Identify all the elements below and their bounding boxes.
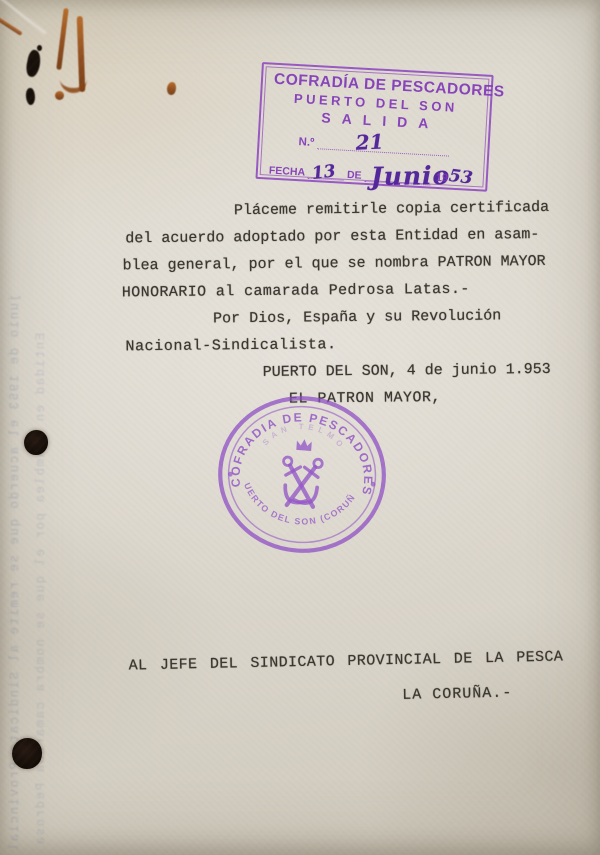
stamp-number-label: N.º <box>298 136 314 149</box>
dotted-leader: 13 <box>308 164 345 181</box>
ink-blot <box>24 49 42 78</box>
handwritten-year: 53 <box>448 166 474 189</box>
registry-stamp-inner-border: COFRADÍA DE PESCADORES PUERTO DEL SON SA… <box>260 66 490 187</box>
letter-body: Pláceme remitirle copia certificada del … <box>119 194 581 415</box>
punch-hole <box>24 430 48 455</box>
ink-blot <box>25 87 36 105</box>
ink-blot <box>37 45 42 51</box>
seal-graphic: COFRADIA DE PESCADORES PUERTO DEL SON (C… <box>203 383 401 568</box>
rust-stain <box>0 16 23 36</box>
official-round-seal: COFRADIA DE PESCADORES PUERTO DEL SON (C… <box>203 383 401 568</box>
recipient-city: LA CORUÑA.- <box>129 679 564 714</box>
recipient-line: AL JEFE DEL SINDICATO PROVINCIAL DE LA P… <box>128 644 563 679</box>
body-line: blea general, por el que se nombra PATRO… <box>119 248 579 280</box>
document-page: de junio de 1953 el acuerdo que se remit… <box>0 0 600 855</box>
paper-crease <box>0 0 46 34</box>
dotted-leader: 21 <box>317 134 450 156</box>
stamp-de-label: DE <box>347 169 362 182</box>
rust-stain <box>56 8 69 70</box>
dotted-leader: Junio <box>364 167 431 186</box>
crown-icon <box>296 439 312 451</box>
stamp-year-print: 19 <box>436 172 449 185</box>
punch-hole <box>12 738 42 769</box>
recipient-block: AL JEFE DEL SINDICATO PROVINCIAL DE LA P… <box>128 644 564 714</box>
handwritten-number: 21 <box>355 129 384 154</box>
stamp-date-label: FECHA <box>269 165 306 179</box>
rust-spot <box>55 91 64 100</box>
handwritten-day: 13 <box>311 161 337 184</box>
registry-stamp: COFRADÍA DE PESCADORES PUERTO DEL SON SA… <box>255 62 493 192</box>
crown-and-anchors-emblem <box>271 437 333 515</box>
rust-spot <box>167 82 176 95</box>
dateline: PUERTO DEL SON, 4 de junio 1.953 <box>121 356 581 388</box>
